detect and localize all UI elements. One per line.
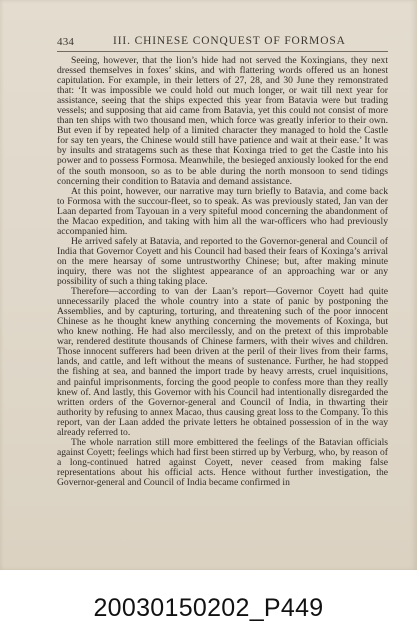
- scanned-page: 434 III. CHINESE CONQUEST OF FORMOSA See…: [0, 0, 417, 570]
- paragraph: The whole narration still more embittere…: [57, 438, 388, 488]
- page-header: 434 III. CHINESE CONQUEST OF FORMOSA: [57, 33, 388, 49]
- page-number: 434: [57, 36, 74, 48]
- paragraph: At this point, however, our narrative ma…: [57, 187, 388, 237]
- paragraph: Therefore—according to van der Laan’s re…: [57, 287, 388, 438]
- paragraph: He arrived safely at Batavia, and report…: [57, 237, 388, 287]
- header-rule: [57, 51, 388, 52]
- image-identifier-caption: 20030150202_P449: [0, 594, 417, 623]
- paragraph: Seeing, however, that the lion’s hide ha…: [57, 56, 388, 187]
- body-text: Seeing, however, that the lion’s hide ha…: [57, 56, 388, 488]
- running-title: III. CHINESE CONQUEST OF FORMOSA: [113, 35, 346, 47]
